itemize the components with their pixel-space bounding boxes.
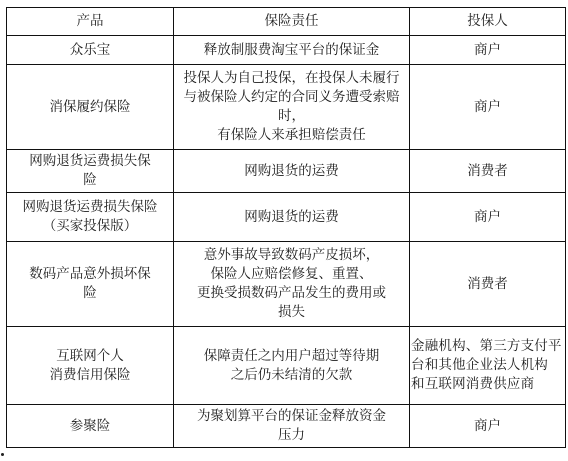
cell-coverage: 网购退货的运费	[174, 150, 410, 193]
header-coverage: 保险责任	[174, 8, 410, 36]
cell-policyholder: 商户	[410, 36, 566, 65]
table-header-row: 产品 保险责任 投保人	[7, 8, 566, 36]
cell-policyholder: 商户	[410, 405, 566, 448]
cell-coverage: 意外事故导致数码产皮损坏， 保险人应赔偿修复、重置、 更换受损数码产品发生的费用…	[174, 242, 410, 327]
cell-product: 互联网个人 消费信用保险	[7, 327, 174, 405]
cell-product: 网购退货运费损失保险 （买家投保版）	[7, 193, 174, 242]
cell-product: 众乐宝	[7, 36, 174, 65]
bullet-dot	[1, 453, 4, 456]
cell-product: 网购退货运费损失保 险	[7, 150, 174, 193]
cell-policyholder: 金融机构、第三方支付平 台和其他企业法人机构 和互联网消费供应商	[410, 327, 566, 405]
table-row: 网购退货运费损失保 险 网购退货的运费 消费者	[7, 150, 566, 193]
cell-product: 参聚险	[7, 405, 174, 448]
cell-policyholder: 商户	[410, 65, 566, 150]
cell-coverage: 网购退货的运费	[174, 193, 410, 242]
table-row: 众乐宝 释放制服费淘宝平台的保证金 商户	[7, 36, 566, 65]
cell-coverage: 为聚划算平台的保证金释放资金 压力	[174, 405, 410, 448]
cell-coverage: 投保人为自己投保，在投保人未履行 与被保险人约定的合同义务遭受索赔 时， 有保险…	[174, 65, 410, 150]
header-policyholder: 投保人	[410, 8, 566, 36]
cell-coverage: 保障责任之内用户超过等待期 之后仍未结清的欠款	[174, 327, 410, 405]
cell-policyholder: 商户	[410, 193, 566, 242]
insurance-comparison-table: 产品 保险责任 投保人 众乐宝 释放制服费淘宝平台的保证金 商户 消保履约保险 …	[6, 7, 566, 448]
cell-coverage: 释放制服费淘宝平台的保证金	[174, 36, 410, 65]
table-row: 互联网个人 消费信用保险 保障责任之内用户超过等待期 之后仍未结清的欠款 金融机…	[7, 327, 566, 405]
table-row: 网购退货运费损失保险 （买家投保版） 网购退货的运费 商户	[7, 193, 566, 242]
table-row: 数码产品意外损坏保 险 意外事故导致数码产皮损坏， 保险人应赔偿修复、重置、 更…	[7, 242, 566, 327]
header-product: 产品	[7, 8, 174, 36]
cell-policyholder: 消费者	[410, 150, 566, 193]
table-row: 参聚险 为聚划算平台的保证金释放资金 压力 商户	[7, 405, 566, 448]
table-row: 消保履约保险 投保人为自己投保，在投保人未履行 与被保险人约定的合同义务遭受索赔…	[7, 65, 566, 150]
cell-policyholder: 消费者	[410, 242, 566, 327]
cell-product: 数码产品意外损坏保 险	[7, 242, 174, 327]
cell-product: 消保履约保险	[7, 65, 174, 150]
